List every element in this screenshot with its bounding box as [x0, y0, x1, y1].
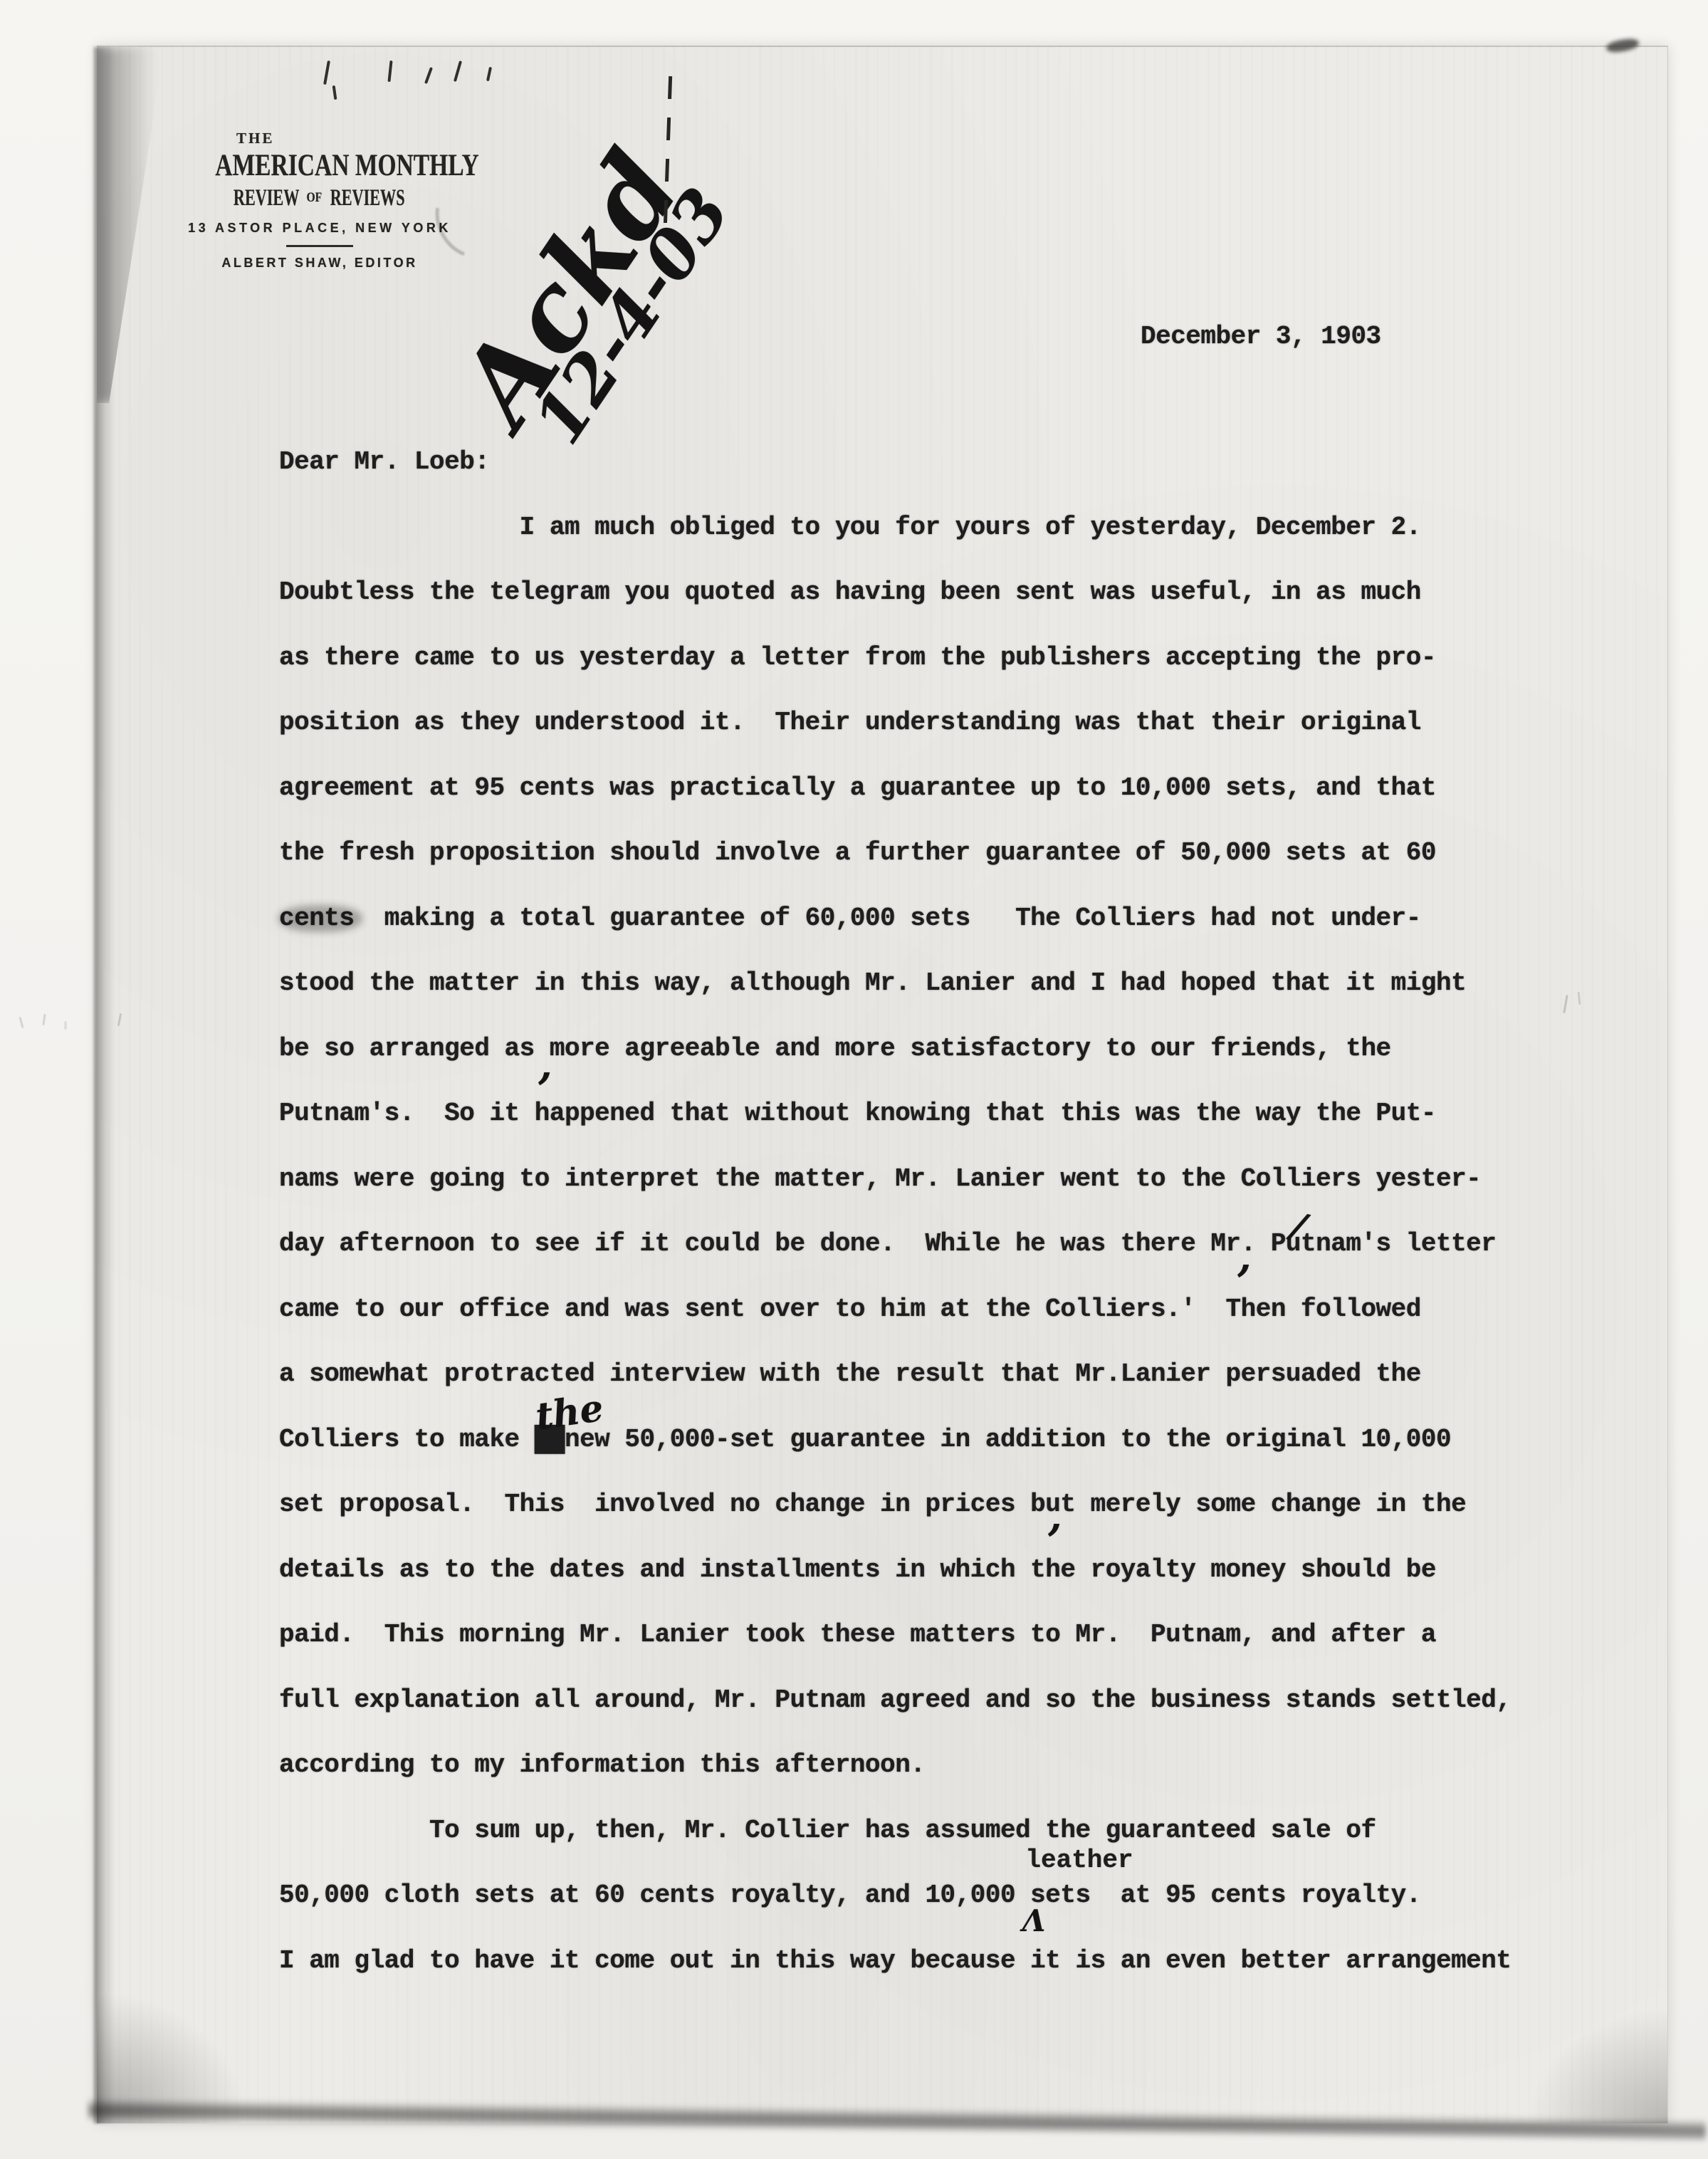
pencil-tick-3	[387, 61, 392, 82]
annotations-layer: Ackd12-4-03theleatherΛ,,/,	[0, 0, 1708, 2159]
pencil-mark-left-2	[42, 1014, 46, 1025]
pencil-tick-4	[424, 67, 433, 84]
pencil-tick-1	[323, 61, 330, 85]
pencil-mark-right-2	[1578, 992, 1581, 1005]
overstrike-smudge	[278, 905, 362, 932]
pencil-mark-right-1	[1563, 995, 1568, 1013]
comma-after-prices: ,	[1048, 1497, 1062, 1537]
comma-after-arranged: ,	[538, 1045, 552, 1085]
slash-after-mr: /	[1288, 1208, 1309, 1245]
pencil-mark-left-4	[117, 1013, 122, 1026]
pencil-tick-6	[486, 67, 492, 81]
interline-word-leather: leather	[1025, 1848, 1133, 1873]
inserted-word-the: the	[533, 1390, 605, 1436]
pencil-mark-left-3	[65, 1021, 67, 1030]
caret-mark: Λ	[1022, 1906, 1046, 1936]
pencil-mark-left-1	[19, 1017, 23, 1028]
scanned-letter-background: THE AMERICAN MONTHLY REVIEWOFREVIEWS 13 …	[0, 0, 1708, 2159]
faint-arc-mark	[423, 176, 510, 269]
comma-after-there: ,	[1237, 1238, 1252, 1277]
pencil-tick-2	[332, 85, 337, 100]
pencil-tick-5	[454, 61, 462, 82]
